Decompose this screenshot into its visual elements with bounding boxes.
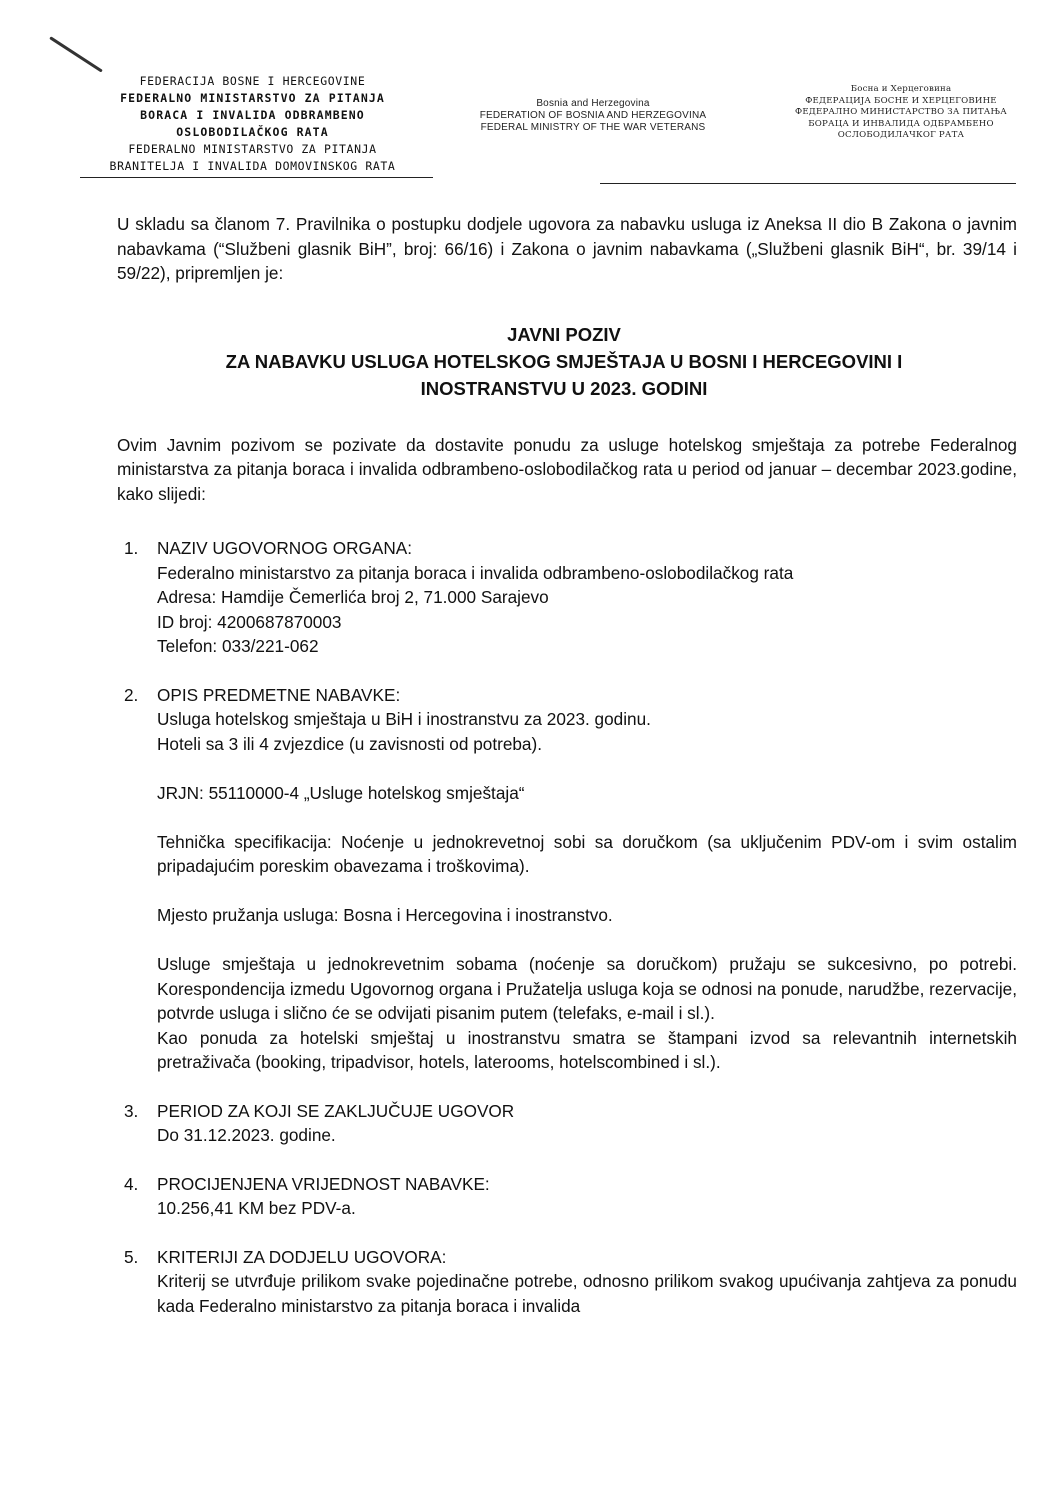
section-heading: PERIOD ZA KOJI SE ZAKLJUČUJE UGOVOR <box>157 1099 1017 1124</box>
section-number: 4. <box>124 1172 138 1197</box>
criteria-text: Kriterij se utvrđuje prilikom svake poje… <box>157 1269 1017 1318</box>
authority-address: Adresa: Hamdije Čemerlića broj 2, 71.000… <box>157 585 1017 610</box>
procurement-sections: 1. NAZIV UGOVORNOG ORGANA: Federalno min… <box>117 536 1017 1318</box>
service-terms: Usluge smještaja u jednokrevetnim sobama… <box>157 952 1017 1026</box>
scan-mark <box>49 36 103 72</box>
section-number: 3. <box>124 1099 138 1124</box>
section-number: 5. <box>124 1245 138 1270</box>
technical-specification: Tehnička specifikacija: Noćenje u jednok… <box>157 830 1017 879</box>
jrjn-code: JRJN: 55110000-4 „Usluge hotelskog smješ… <box>157 781 1017 806</box>
title-line: ZA NABAVKU USLUGA HOTELSKOG SMJEŠTAJA U … <box>111 348 1017 375</box>
section-number: 2. <box>124 683 138 708</box>
header-left-line: BORACA I INVALIDA ODBRAMBENO <box>80 107 425 124</box>
header-left-line: FEDERALNO MINISTARSTVO ZA PITANJA <box>80 141 425 158</box>
document-title: JAVNI POZIV ZA NABAVKU USLUGA HOTELSKOG … <box>111 321 1017 402</box>
section-contract-period: 3. PERIOD ZA KOJI SE ZAKLJUČUJE UGOVOR D… <box>117 1099 1017 1148</box>
section-heading: KRITERIJI ZA DODJELU UGOVORA: <box>157 1245 1017 1270</box>
authority-id: ID broj: 4200687870003 <box>157 610 1017 635</box>
section-contracting-authority: 1. NAZIV UGOVORNOG ORGANA: Federalno min… <box>117 536 1017 659</box>
header-divider <box>600 183 1016 184</box>
header-divider <box>80 177 433 178</box>
header-right-line: Босна и Херцеговина <box>742 84 1058 96</box>
description-line: Hoteli sa 3 ili 4 zvjezdice (u zavisnost… <box>157 732 1017 757</box>
header-right-line: ФЕДЕРАЦИЈА БОСНЕ И ХЕРЦЕГОВИНЕ <box>742 96 1058 108</box>
intro-paragraph: U skladu sa članom 7. Pravilnika o postu… <box>117 212 1017 286</box>
header-right-line: БОРАЦА И ИНВАЛИДА ОДБРАМБЕНО <box>742 119 1058 131</box>
authority-phone: Telefon: 033/221-062 <box>157 634 1017 659</box>
header-mid-line: FEDERAL MINISTRY OF THE WAR VETERANS <box>448 122 738 134</box>
header-middle-english: Bosnia and Herzegovina FEDERATION OF BOS… <box>448 98 738 134</box>
title-line: INOSTRANSTVU U 2023. GODINI <box>111 375 1017 402</box>
section-procurement-description: 2. OPIS PREDMETNE NABAVKE: Usluga hotels… <box>117 683 1017 1075</box>
section-heading: OPIS PREDMETNE NABAVKE: <box>157 683 1017 708</box>
service-location: Mjesto pružanja usluga: Bosna i Hercegov… <box>157 903 1017 928</box>
section-estimated-value: 4. PROCIJENJENA VRIJEDNOST NABAVKE: 10.2… <box>117 1172 1017 1221</box>
header-right-line: ОСЛОБОДИЛАЧКОГ РАТА <box>742 130 1058 142</box>
abroad-offer-note: Kao ponuda za hotelski smještaj u inostr… <box>157 1026 1017 1075</box>
header-mid-line: FEDERATION OF BOSNIA AND HERZEGOVINA <box>448 110 738 122</box>
section-award-criteria: 5. KRITERIJI ZA DODJELU UGOVORA: Kriteri… <box>117 1245 1017 1319</box>
header-right-cyrillic: Босна и Херцеговина ФЕДЕРАЦИЈА БОСНЕ И Х… <box>742 84 1058 142</box>
header-left-line: OSLOBODILAČKOG RATA <box>80 124 425 141</box>
section-number: 1. <box>124 536 138 561</box>
title-line: JAVNI POZIV <box>111 321 1017 348</box>
estimated-value: 10.256,41 KM bez PDV-a. <box>157 1196 1017 1221</box>
header-left-latin: FEDERACIJA BOSNE I HERCEGOVINE FEDERALNO… <box>80 73 425 175</box>
document-body: U skladu sa članom 7. Pravilnika o postu… <box>117 212 1017 1342</box>
header-mid-line: Bosnia and Herzegovina <box>448 98 738 110</box>
header-left-line: FEDERACIJA BOSNE I HERCEGOVINE <box>80 73 425 90</box>
header-left-line: BRANITELJA I INVALIDA DOMOVINSKOG RATA <box>80 158 425 175</box>
invitation-paragraph: Ovim Javnim pozivom se pozivate da dosta… <box>117 433 1017 507</box>
description-line: Usluga hotelskog smještaja u BiH i inost… <box>157 707 1017 732</box>
authority-name: Federalno ministarstvo za pitanja boraca… <box>157 561 1017 586</box>
header-right-line: ФЕДЕРАЛНО МИНИСТАРСТВО ЗА ПИТАЊА <box>742 107 1058 119</box>
section-heading: PROCIJENJENA VRIJEDNOST NABAVKE: <box>157 1172 1017 1197</box>
document-page: FEDERACIJA BOSNE I HERCEGOVINE FEDERALNO… <box>0 0 1058 1496</box>
section-heading: NAZIV UGOVORNOG ORGANA: <box>157 536 1017 561</box>
contract-end-date: Do 31.12.2023. godine. <box>157 1123 1017 1148</box>
header-left-line: FEDERALNO MINISTARSTVO ZA PITANJA <box>80 90 425 107</box>
